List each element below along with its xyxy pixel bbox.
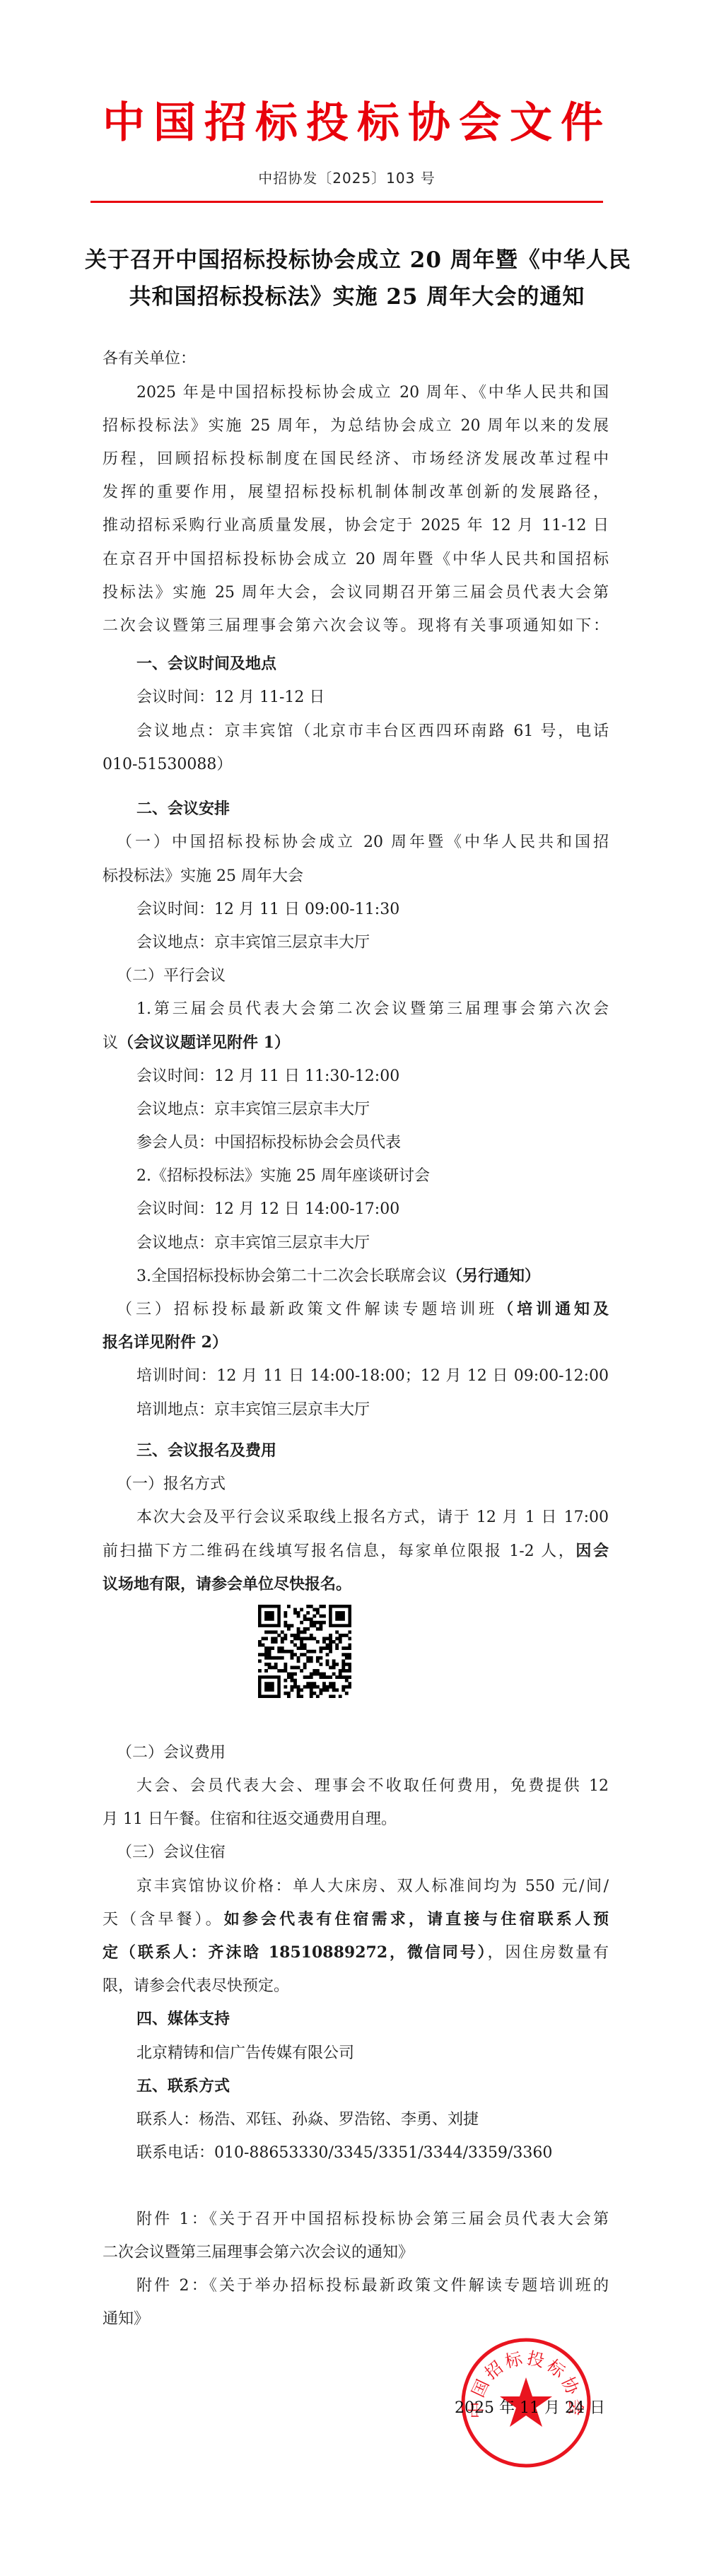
section-heading: 四、媒体支持 [103,2003,609,2036]
notice-title-line: 关于召开中国招标投标协会成立 20 周年暨《中华人民 [85,242,629,279]
section-heading: 一、会议时间及地点 [103,648,609,681]
text-segment: 前扫描下方二维码在线填写报名信息，每家单位限报 1-2 人， [103,1542,575,1560]
text-segment: 月 11 日午餐。住宿和往返交通费用自理。 [103,1810,397,1828]
section-heading: （二）会议费用 [103,1736,609,1769]
body-section: 三、会议报名及费用（一）报名方式本次大会及平行会议采取线上报名方式，请于 12 … [103,1434,609,1601]
text-segment: 会议时间：12 月 11 日 09:00-11:30 [136,901,399,918]
text-segment: （二）平行会议 [117,967,226,985]
text-segment: 010-51530088） [103,756,232,773]
section-heading: 二、会议安排 [103,792,609,826]
text-line: 招标投标法》实施 25 周年，为总结协会成立 20 周年以来的发展 [103,409,609,443]
text-line: 联系人：杨浩、邓钰、孙焱、罗浩铭、李勇、刘捷 [103,2103,609,2136]
text-segment: （三）招标投标最新政策文件解读专题培训班 [117,1301,498,1318]
text-line: 前扫描下方二维码在线填写报名信息，每家单位限报 1-2 人，因会 [103,1535,609,1568]
text-line: 大会、会员代表大会、理事会不收取任何费用，免费提供 12 [103,1769,609,1803]
section-heading: （一）报名方式 [103,1468,609,1501]
body-section: 一、会议时间及地点会议时间：12 月 11-12 日会议地点：京丰宾馆（北京市丰… [103,648,609,781]
text-segment: 二次会议暨第三届理事会第六次会议的通知》 [103,2244,414,2261]
text-segment: 议 [103,1034,118,1052]
text-line: 会议地点：京丰宾馆三层京丰大厅 [103,1093,609,1126]
emphasis-text: 报名详见附件 2） [103,1333,228,1352]
text-line: 会议地点：京丰宾馆三层京丰大厅 [103,1226,609,1260]
text-segment: 会议时间：12 月 12 日 14:00-17:00 [136,1200,399,1218]
body-section: （二）会议费用大会、会员代表大会、理事会不收取任何费用，免费提供 12月 11 … [103,1736,609,2170]
text-segment: 3.全国招标投标协会第二十二次会长联席会议 [136,1267,447,1285]
emphasis-text: （培训通知及 [498,1300,609,1318]
text-segment: 通知》 [103,2310,149,2328]
text-line: 限，请参会代表尽快预定。 [103,1969,609,2003]
text-line: 3.全国招标投标协会第二十二次会长联席会议（另行通知） [103,1260,609,1293]
text-line: 定（联系人：齐沫晗 18510889272，微信同号），因住房数量有 [103,1936,609,1969]
text-line: 培训时间：12 月 11 日 14:00-18:00；12 月 12 日 09:… [103,1359,609,1393]
text-segment: 培训时间：12 月 11 日 14:00-18:00；12 月 12 日 09:… [136,1367,609,1385]
text-segment: （一）中国招标投标协会成立 20 周年暨《中华人民共和国招 [117,833,609,851]
text-line: 会议时间：12 月 11 日 11:30-12:00 [103,1060,609,1093]
text-segment: 历程，回顾招标投标制度在国民经济、市场经济发展改革过程中 [103,450,609,468]
text-line: 发挥的重要作用，展望招标投标机制体制改革创新的发展路径， [103,476,609,509]
text-segment: 培训地点：京丰宾馆三层京丰大厅 [136,1401,370,1419]
text-segment: 联系电话：010-88653330/3345/3351/3344/3359/33… [136,2144,552,2162]
document-page: 中国招标投标协会文件 中招协发〔2025〕103 号 关于召开中国招标投标协会成… [0,0,707,2576]
text-line: 二次会议暨第三届理事会第六次会议的通知》 [103,2236,609,2269]
notice-title: 关于召开中国招标投标协会成立 20 周年暨《中华人民 共和国招标投标法》实施 2… [85,242,629,315]
text-line: 各有关单位： [103,342,609,375]
notice-title-line: 共和国招标投标法》实施 25 周年大会的通知 [85,279,629,315]
text-segment: 五、联系方式 [136,2078,230,2095]
text-segment: 各有关单位： [103,350,196,368]
registration-qr-code[interactable] [258,1605,351,1698]
text-line: 北京精铸和信广告传媒有限公司 [103,2037,609,2070]
text-segment: （三）会议住宿 [117,1844,226,1861]
text-segment: 附件 1：《关于召开中国招标投标协会第三届会员代表大会第 [136,2211,609,2228]
text-line: 推动招标采购行业高质量发展，协会定于 2025 年 12 月 11-12 日 [103,509,609,542]
org-document-title: 中国招标投标协会文件 [99,98,615,148]
text-line: 报名详见附件 2） [103,1326,609,1359]
emphasis-text: （另行通知） [447,1267,540,1285]
section-heading: （三）招标投标最新政策文件解读专题培训班（培训通知及 [103,1293,609,1326]
text-segment: 二、会议安排 [136,800,230,818]
text-line: 1.第三届会员代表大会第二次会议暨第三届理事会第六次会 [103,993,609,1026]
text-line: 本次大会及平行会议采取线上报名方式，请于 12 月 1 日 17:00 [103,1501,609,1534]
text-segment: 会议地点：京丰宾馆三层京丰大厅 [136,1101,370,1118]
text-line: 附件 2：《关于举办招标投标最新政策文件解读专题培训班的 [103,2269,609,2302]
text-segment: 四、媒体支持 [136,2010,230,2028]
text-segment: 大会、会员代表大会、理事会不收取任何费用，免费提供 12 [136,1777,609,1795]
text-segment: 二次会议暨第三届理事会第六次会议等。现将有关事项通知如下： [103,617,609,635]
text-segment: 北京精铸和信广告传媒有限公司 [136,2044,354,2062]
text-segment: 会议地点：京丰宾馆（北京市丰台区西四环南路 61 号，电话 [136,722,609,740]
official-seal-icon: 中国招标投标协会 [460,2336,592,2469]
text-segment: 参会人员：中国招标投标协会会员代表 [136,1134,401,1152]
emphasis-text: 因会 [575,1542,609,1560]
text-line: 京丰宾馆协议价格：单人大床房、双人标准间均为 550 元/间/ [103,1870,609,1903]
body-section: 二、会议安排（一）中国招标投标协会成立 20 周年暨《中华人民共和国招标投标法》… [103,792,609,1427]
text-segment: 1.第三届会员代表大会第二次会议暨第三届理事会第六次会 [136,1000,609,1018]
text-segment: 本次大会及平行会议采取线上报名方式，请于 12 月 1 日 17:00 [136,1509,609,1526]
text-line: 在京召开中国招标投标协会成立 20 周年暨《中华人民共和国招标 [103,543,609,576]
text-segment: 联系人：杨浩、邓钰、孙焱、罗浩铭、李勇、刘捷 [136,2111,479,2129]
text-segment: 限，请参会代表尽快预定。 [103,1977,289,1995]
text-line: 通知》 [103,2302,609,2336]
text-segment: 会议时间：12 月 11-12 日 [136,689,325,706]
text-segment: 天（含早餐）。 [103,1911,224,1928]
section-heading: 五、联系方式 [103,2070,609,2103]
section-heading: （二）平行会议 [103,959,609,993]
text-segment: 京丰宾馆协议价格：单人大床房、双人标准间均为 550 元/间/ [136,1878,609,1895]
text-segment: （二）会议费用 [117,1744,226,1762]
text-segment: 在京召开中国招标投标协会成立 20 周年暨《中华人民共和国招标 [103,551,609,568]
text-line: 会议地点：京丰宾馆（北京市丰台区西四环南路 61 号，电话 [103,715,609,748]
body-section: 2025 年是中国招标投标协会成立 20 周年、《中华人民共和国招标投标法》实施… [103,376,609,643]
emphasis-text: （会议议题详见附件 1） [118,1034,290,1052]
text-segment: ，因住房数量有 [488,1944,609,1962]
text-segment: 会议地点：京丰宾馆三层京丰大厅 [136,1234,370,1252]
text-line: 2025 年是中国招标投标协会成立 20 周年、《中华人民共和国 [103,376,609,409]
document-number: 中招协发〔2025〕103 号 [90,168,603,188]
body-section: 附件 1：《关于召开中国招标投标协会第三届会员代表大会第二次会议暨第三届理事会第… [103,2203,609,2336]
text-line: 标投标法》实施 25 周年大会 [103,860,609,893]
text-line: 附件 1：《关于召开中国招标投标协会第三届会员代表大会第 [103,2203,609,2236]
text-line: 会议时间：12 月 11-12 日 [103,681,609,714]
text-segment: 标投标法》实施 25 周年大会 [103,867,303,885]
qr-code-icon [258,1605,351,1698]
text-segment: 会议时间：12 月 11 日 11:30-12:00 [136,1067,399,1085]
text-line: 联系电话：010-88653330/3345/3351/3344/3359/33… [103,2136,609,2170]
text-line: 天（含早餐）。如参会代表有住宿需求，请直接与住宿联系人预 [103,1903,609,1936]
text-segment: 招标投标法》实施 25 周年，为总结协会成立 20 周年以来的发展 [103,417,609,435]
text-segment: 附件 2：《关于举办招标投标最新政策文件解读专题培训班的 [136,2277,609,2295]
text-line: 历程，回顾招标投标制度在国民经济、市场经济发展改革过程中 [103,443,609,476]
text-segment: 推动招标采购行业高质量发展，协会定于 2025 年 12 月 11-12 日 [103,517,609,534]
text-line: 议场地有限，请参会单位尽快报名。 [103,1568,609,1601]
text-line: 010-51530088） [103,748,609,781]
text-segment: 投标法》实施 25 周年大会，会议同期召开第三届会员代表大会第 [103,584,609,602]
text-line: 会议时间：12 月 11 日 09:00-11:30 [103,893,609,926]
text-segment: （一）报名方式 [117,1475,226,1493]
emphasis-text: 议场地有限，请参会单位尽快报名。 [103,1575,351,1593]
body-section: 各有关单位： [103,342,609,375]
text-line: 培训地点：京丰宾馆三层京丰大厅 [103,1393,609,1427]
emphasis-text: 如参会代表有住宿需求，请直接与住宿联系人预 [224,1910,609,1928]
section-heading: 三、会议报名及费用 [103,1434,609,1468]
text-segment: 发挥的重要作用，展望招标投标机制体制改革创新的发展路径， [103,484,609,501]
text-line: 二次会议暨第三届理事会第六次会议等。现将有关事项通知如下： [103,609,609,643]
text-line: 会议地点：京丰宾馆三层京丰大厅 [103,926,609,959]
section-heading: （三）会议住宿 [103,1836,609,1869]
text-line: 投标法》实施 25 周年大会，会议同期召开第三届会员代表大会第 [103,576,609,609]
text-segment: 会议地点：京丰宾馆三层京丰大厅 [136,934,370,952]
text-segment: 一、会议时间及地点 [136,655,276,673]
text-line: 议（会议议题详见附件 1） [103,1026,609,1060]
text-line: 会议时间：12 月 12 日 14:00-17:00 [103,1193,609,1226]
text-segment: 2.《招标投标法》实施 25 周年座谈研讨会 [136,1167,430,1185]
emphasis-text: 定（联系人：齐沫晗 18510889272，微信同号） [103,1943,488,1962]
text-line: 2.《招标投标法》实施 25 周年座谈研讨会 [103,1159,609,1193]
red-divider [90,201,603,203]
text-line: 参会人员：中国招标投标协会会员代表 [103,1126,609,1159]
notice-body: 各有关单位：2025 年是中国招标投标协会成立 20 周年、《中华人民共和国招标… [103,342,609,2336]
text-segment: 2025 年是中国招标投标协会成立 20 周年、《中华人民共和国 [136,384,609,402]
section-heading: （一）中国招标投标协会成立 20 周年暨《中华人民共和国招 [103,826,609,859]
text-segment: 三、会议报名及费用 [136,1442,276,1460]
text-line: 月 11 日午餐。住宿和往返交通费用自理。 [103,1803,609,1836]
